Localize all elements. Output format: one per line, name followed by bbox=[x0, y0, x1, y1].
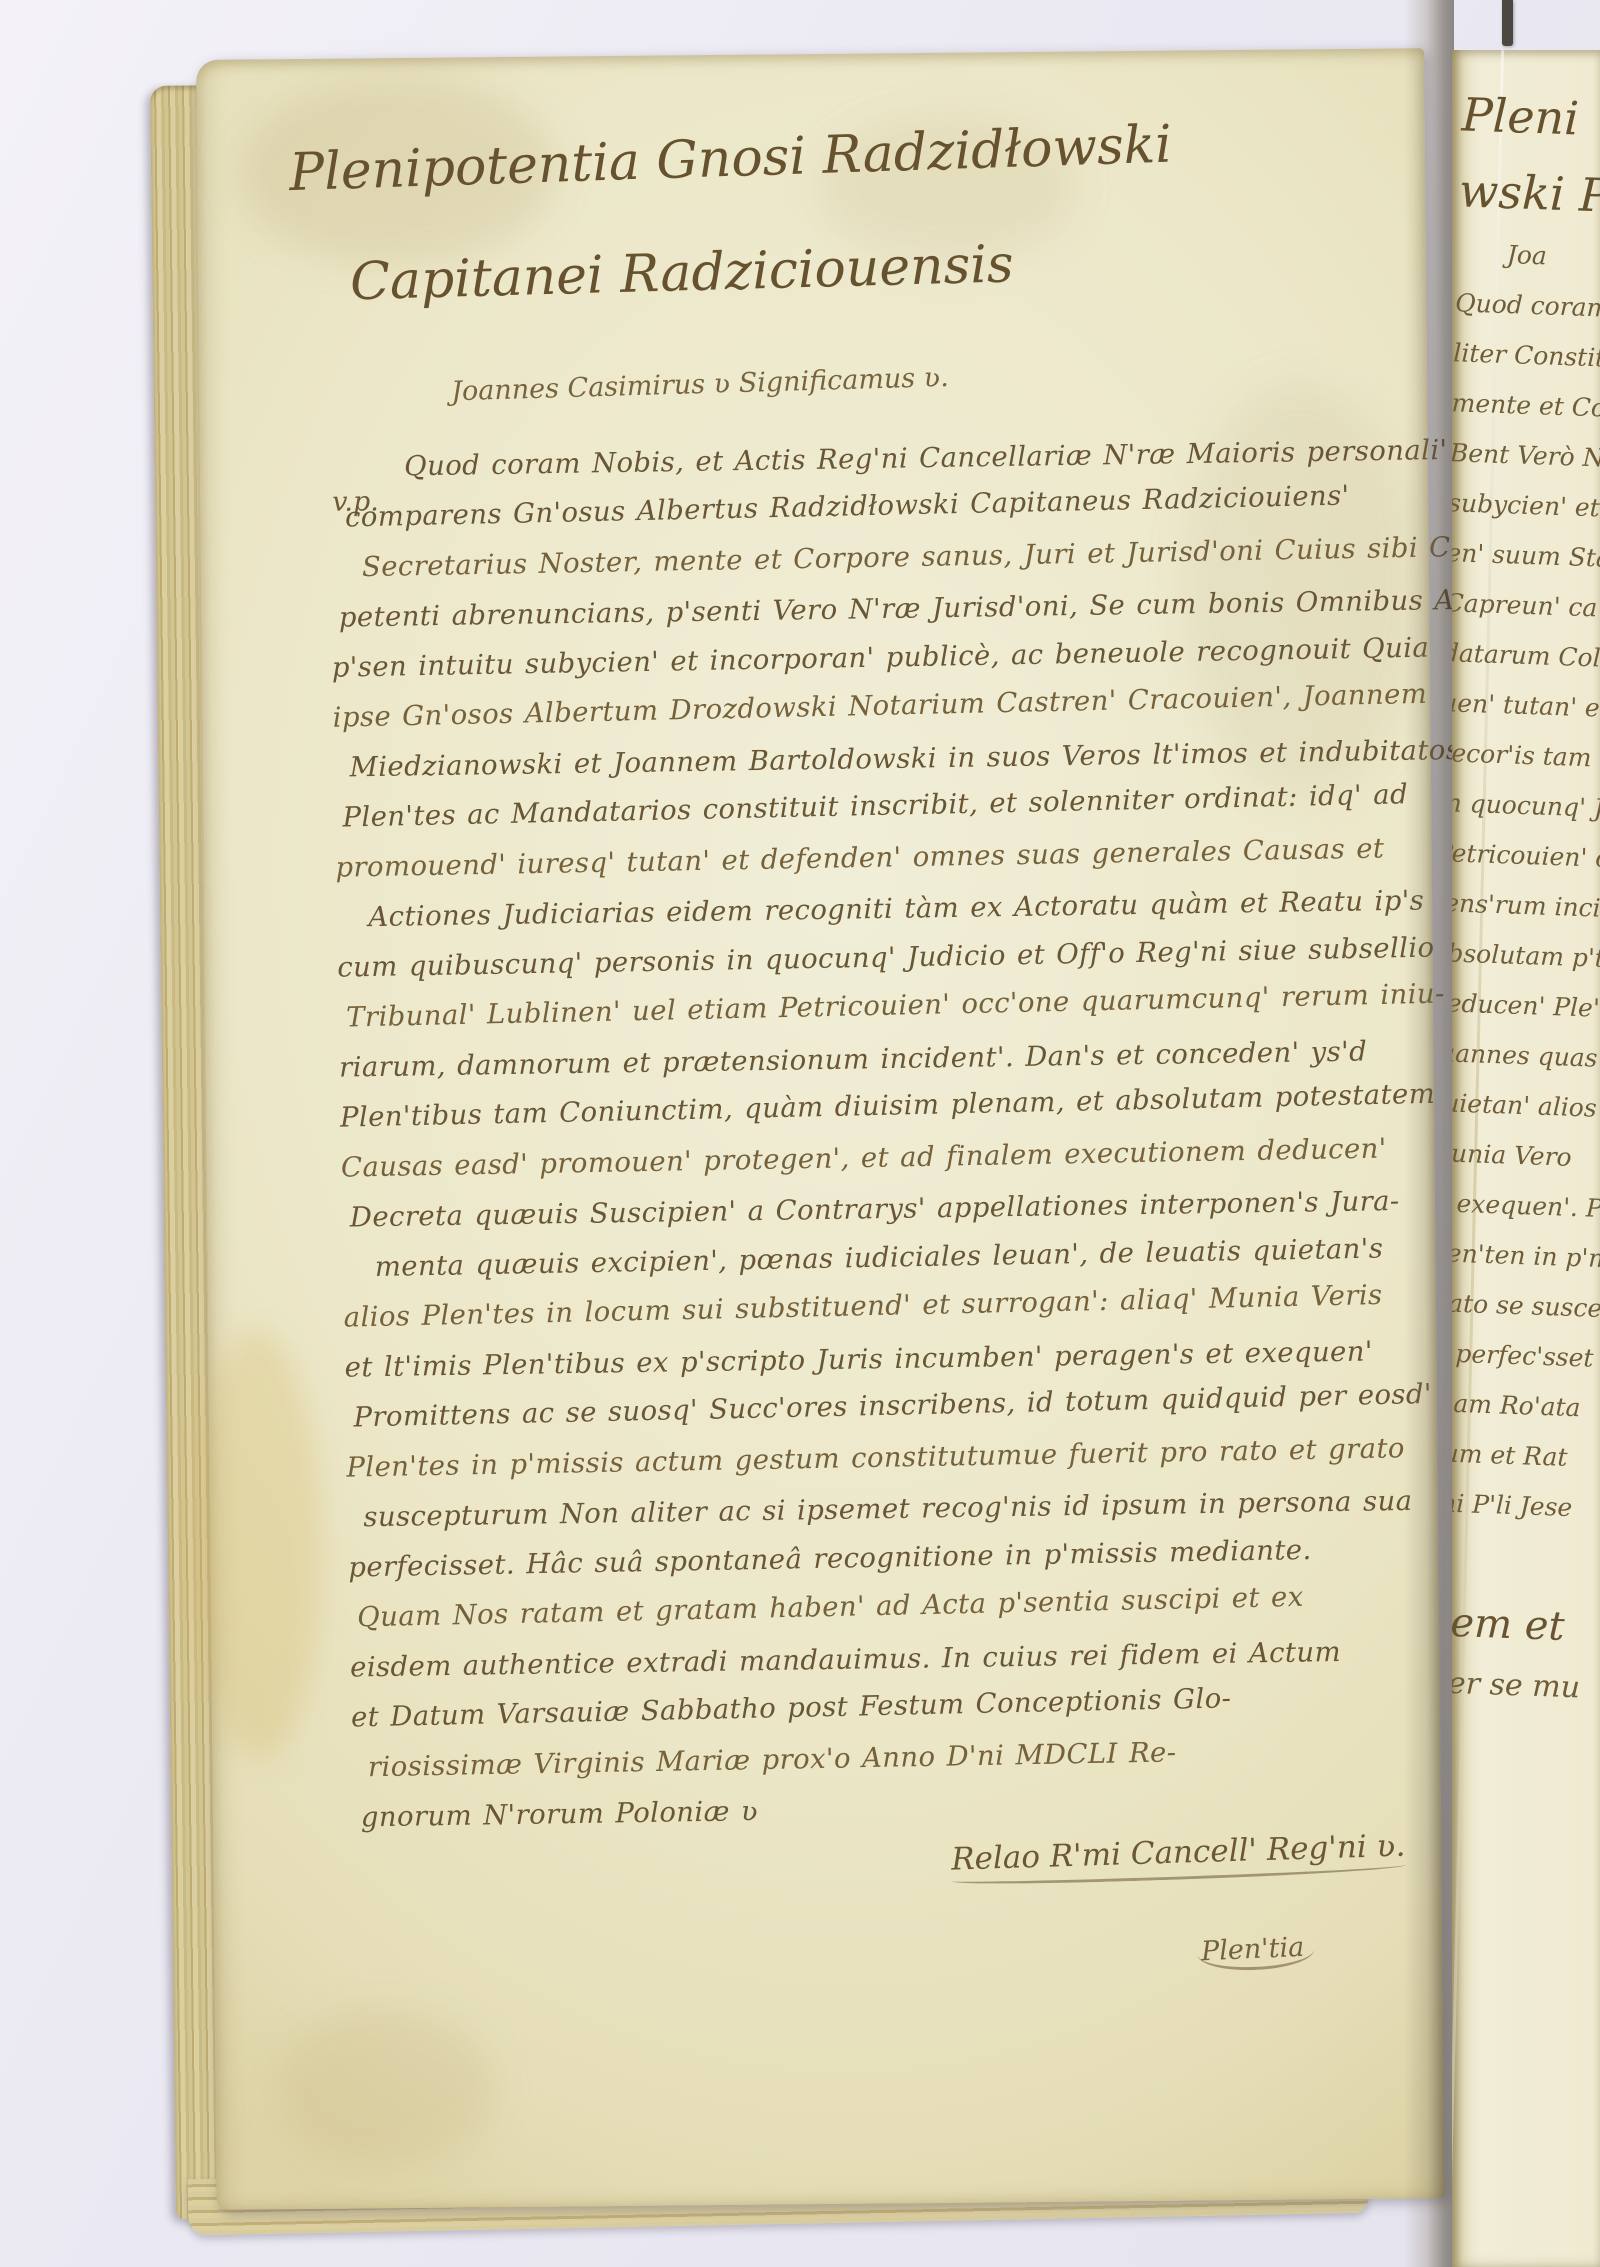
facing-text-line: liter Constitutus bbox=[1452, 328, 1590, 383]
gutter-shadow bbox=[1404, 0, 1454, 2267]
facing-text-line: wski Ple bbox=[1452, 152, 1596, 233]
facing-text-line: subycien' et encor bbox=[1452, 478, 1585, 533]
facing-text-line: Munia Vero bbox=[1452, 1127, 1562, 1182]
facing-page-edge: Pleni wski Ple Joa Quod coram Nobis lite… bbox=[1452, 50, 1600, 2267]
facing-text-line: D'ni P'li Jese bbox=[1452, 1477, 1550, 1532]
facing-text-line: Joa bbox=[1452, 228, 1594, 283]
relatio-chancery-line: Relao R'mi Cancell' Reg'ni ʋ. bbox=[951, 1828, 1406, 1887]
facing-text-line: uen' tutan' et de bbox=[1452, 678, 1578, 733]
facing-text-line: datarum Col's bbox=[1452, 628, 1580, 683]
facing-text-line: inter se mu bbox=[1452, 1653, 1544, 1716]
facing-text-line: Atum et Rat bbox=[1452, 1427, 1552, 1482]
scanner-clip-object bbox=[1502, 0, 1513, 46]
document-title-line-1: Plenipotentia Gnosi Radzidłowski bbox=[288, 115, 1172, 203]
facing-text-line: quietan' alios bbox=[1452, 1077, 1564, 1132]
facing-text-line: ac perfec'sset bbox=[1452, 1327, 1555, 1382]
facing-text-line: Petricouien' occ bbox=[1452, 828, 1573, 883]
facing-text-line: Quod coram Nobis bbox=[1452, 278, 1592, 333]
facing-text-line: in quocunq' Jud'io bbox=[1452, 778, 1575, 833]
facing-text-line: deducen' Ple'n bbox=[1452, 977, 1568, 1032]
facing-text-line: recor'is tam ex bbox=[1452, 728, 1576, 783]
document-title-line-2: Capitanei Radziciouensis bbox=[349, 234, 1014, 312]
catchword-signature: Plen'tia bbox=[1196, 1931, 1315, 1972]
facing-text-line: Idem et bbox=[1452, 1589, 1546, 1658]
facing-text-line: et exequen'. Pro bbox=[1452, 1177, 1561, 1232]
manuscript-page: Plenipotentia Gnosi Radzidłowski Capitan… bbox=[196, 48, 1445, 2210]
facing-text-line: mente et Corpore bbox=[1452, 378, 1588, 433]
facing-text-line: Quam Ro'ata bbox=[1452, 1377, 1554, 1432]
body-text: Quod coram Nobis, et Actis Reg'ni Cancel… bbox=[328, 423, 1419, 1842]
scanned-manuscript-spread: Plenipotentia Gnosi Radzidłowski Capitan… bbox=[0, 0, 1600, 2267]
facing-text-line: Plen'ten in p'miss bbox=[1452, 1227, 1559, 1282]
facing-text-line: Juannes quas' bbox=[1452, 1027, 1566, 1082]
facing-text-line: Capreun' ca bbox=[1452, 578, 1581, 633]
facing-text-line: Pleni bbox=[1452, 76, 1599, 157]
facing-text-line: absolutam p'tem bbox=[1452, 927, 1569, 982]
parchment-stain bbox=[275, 2007, 497, 2169]
facing-page-text: Pleni wski Ple Joa Quod coram Nobis lite… bbox=[1452, 50, 1600, 1716]
salutation-line: Joannes Casimirus ʋ Significamus ʋ. bbox=[451, 362, 949, 407]
facing-text-line: tens'rum inciden bbox=[1452, 877, 1571, 932]
facing-text-line: en' suum Stanis bbox=[1452, 528, 1583, 583]
facing-text-line: grato se suscept bbox=[1452, 1277, 1557, 1332]
facing-text-line: Bent Verò N'ræ Ju bbox=[1452, 428, 1587, 483]
